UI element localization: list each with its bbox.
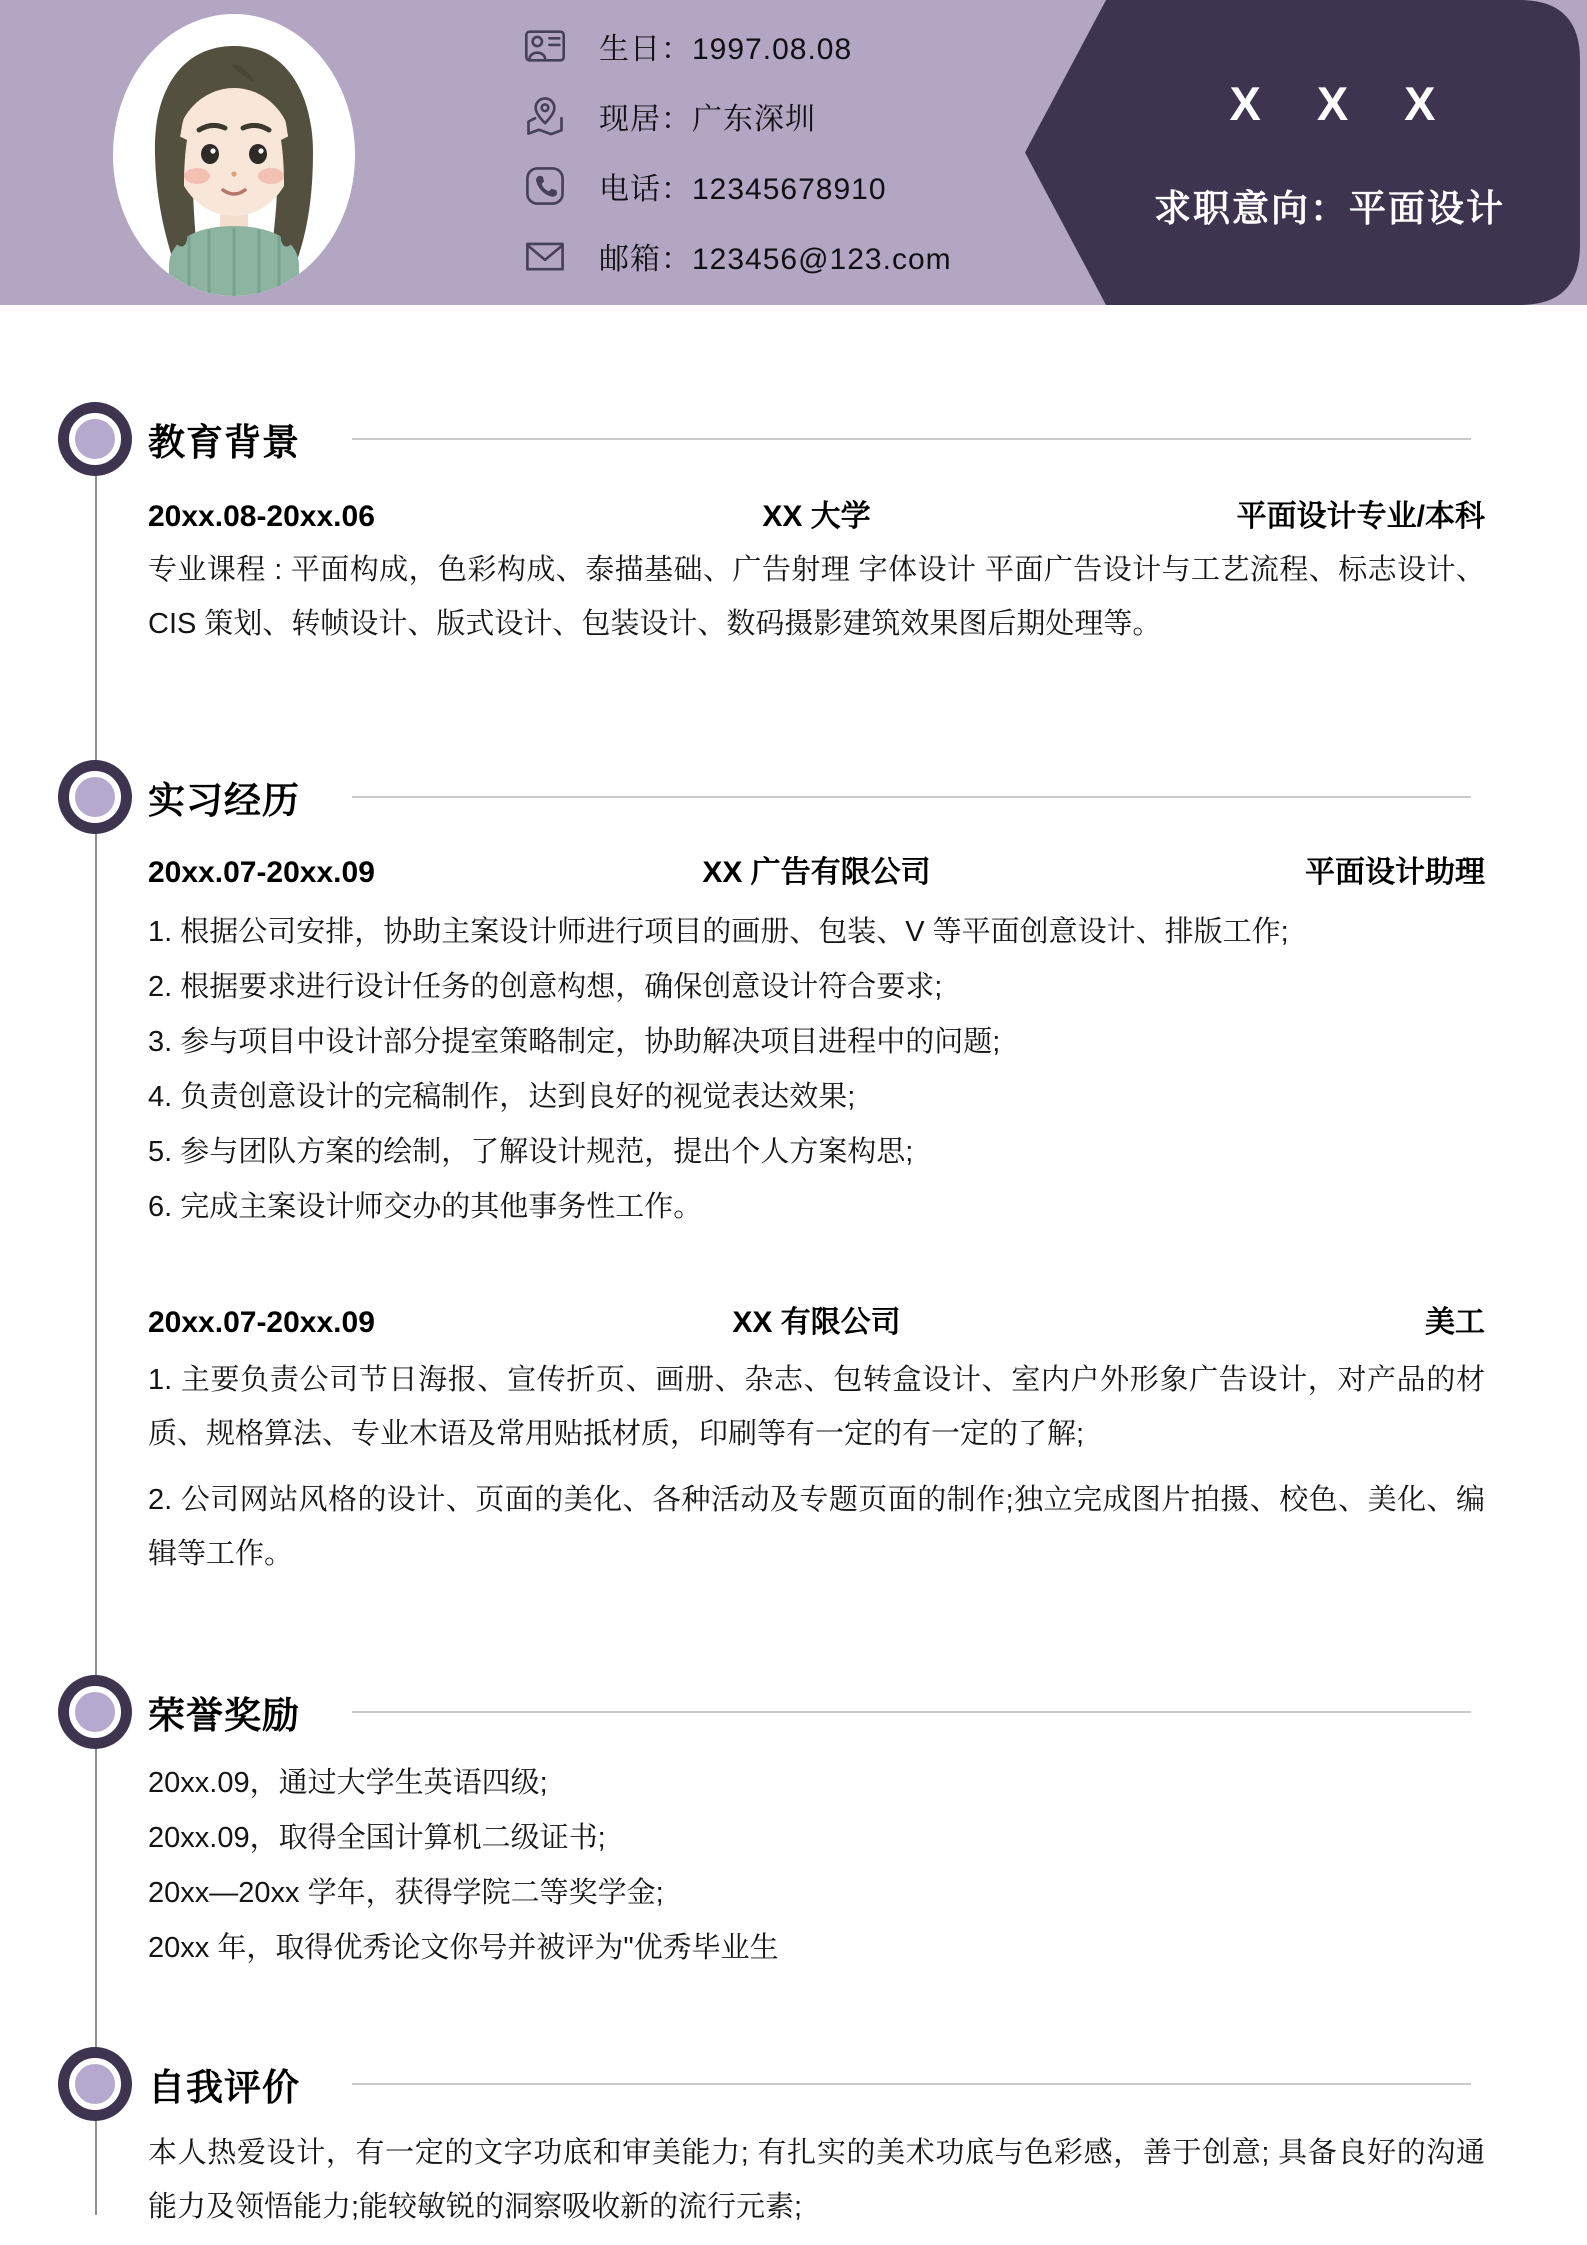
job1-company: XX 广告有限公司 (566, 847, 1067, 891)
name-letter: X (1317, 76, 1348, 131)
timeline-marker-dot (69, 1686, 121, 1738)
education-major: 平面设计专业/本科 (1067, 491, 1485, 535)
timeline-marker (58, 1675, 132, 1749)
id-card-icon (523, 24, 567, 68)
section-education: 教育背景 20xx.08-20xx.06 XX 大学 平面设计专业/本科 专业课… (148, 413, 1485, 651)
section-divider (352, 2083, 1471, 2085)
list-item: 20xx—20xx 学年，获得学院二等奖学金; (148, 1866, 1485, 1921)
job2-title: 美工 (1067, 1297, 1485, 1341)
list-item: 5. 参与团队方案的绘制，了解设计规范，提出个人方案构思; (148, 1125, 1485, 1180)
contact-value: 广东深圳 (692, 103, 816, 136)
job2-row: 20xx.07-20xx.09 XX 有限公司 美工 (148, 1297, 1485, 1341)
name-letter: X (1404, 76, 1435, 131)
job2-period: 20xx.07-20xx.09 (148, 1306, 566, 1340)
job2-duty-2: 2. 公司网站风格的设计、页面的美化、各种活动及专题页面的制作;独立完成图片拍摄… (148, 1473, 1485, 1581)
section-honors: 荣誉奖励 20xx.09，通过大学生英语四级; 20xx.09，取得全国计算机二… (148, 1686, 1485, 1976)
self-evaluation-text: 本人热爱设计，有一定的文字功底和审美能力; 有扎实的美术功底与色彩感，善于创意;… (148, 2126, 1485, 2234)
contact-text: 生日：1997.08.08 (599, 24, 852, 68)
candidate-name: X X X (1095, 76, 1570, 131)
list-item: 6. 完成主案设计师交办的其他事务性工作。 (148, 1180, 1485, 1235)
job-intention: 求职意向：平面设计 (1085, 178, 1574, 232)
contact-text: 邮箱：123456@123.com (599, 234, 952, 278)
section-internship: 实习经历 20xx.07-20xx.09 XX 广告有限公司 平面设计助理 1.… (148, 771, 1485, 1581)
location-icon (523, 94, 567, 138)
contact-row-email: 邮箱：123456@123.com (523, 236, 952, 276)
timeline-marker-dot (69, 2058, 121, 2110)
contact-list: 生日：1997.08.08 现居：广东深圳 电话： (523, 26, 952, 306)
timeline-marker (58, 760, 132, 834)
list-item: 1. 根据公司安排，协助主案设计师进行项目的画册、包装、V 等平面创意设计、排版… (148, 905, 1485, 960)
section-divider (352, 438, 1471, 440)
education-period: 20xx.08-20xx.06 (148, 500, 566, 534)
contact-row-location: 现居：广东深圳 (523, 96, 952, 136)
section-header: 教育背景 (148, 413, 1485, 465)
timeline-marker (58, 402, 132, 476)
timeline-marker-dot (69, 771, 121, 823)
list-item: 20xx.09，通过大学生英语四级; (148, 1756, 1485, 1811)
list-item: 2. 根据要求进行设计任务的创意构想，确保创意设计符合要求; (148, 960, 1485, 1015)
list-item: 20xx 年，取得优秀论文你号并被评为"优秀毕业生 (148, 1921, 1485, 1976)
contact-text: 电话：12345678910 (599, 164, 887, 208)
job1-period: 20xx.07-20xx.09 (148, 856, 566, 890)
timeline-marker (58, 2047, 132, 2121)
job2-duty-1: 1. 主要负责公司节日海报、宣传折页、画册、杂志、包转盒设计、室内户外形象广告设… (148, 1353, 1485, 1461)
avatar (113, 14, 356, 297)
section-title: 荣誉奖励 (148, 1685, 300, 1739)
section-title: 自我评价 (148, 2057, 300, 2111)
contact-value: 12345678910 (692, 173, 887, 206)
resume-body: 教育背景 20xx.08-20xx.06 XX 大学 平面设计专业/本科 专业课… (0, 305, 1587, 2234)
education-row: 20xx.08-20xx.06 XX 大学 平面设计专业/本科 (148, 491, 1485, 535)
contact-text: 现居：广东深圳 (599, 94, 816, 138)
education-courses: 专业课程 : 平面构成，色彩构成、泰描基础、广告射理 字体设计 平面广告设计与工… (148, 543, 1485, 651)
name-badge: X X X 求职意向：平面设计 (1025, 0, 1580, 305)
section-divider (352, 796, 1471, 798)
contact-value: 123456@123.com (692, 243, 952, 276)
phone-icon (523, 164, 567, 208)
section-self-evaluation: 自我评价 本人热爱设计，有一定的文字功底和审美能力; 有扎实的美术功底与色彩感，… (148, 2058, 1485, 2234)
list-item: 4. 负责创意设计的完稿制作，达到良好的视觉表达效果; (148, 1070, 1485, 1125)
badge-shape (1025, 0, 1580, 305)
section-header: 荣誉奖励 (148, 1686, 1485, 1738)
job1-row: 20xx.07-20xx.09 XX 广告有限公司 平面设计助理 (148, 847, 1485, 891)
honors-list: 20xx.09，通过大学生英语四级; 20xx.09，取得全国计算机二级证书; … (148, 1756, 1485, 1976)
name-letter: X (1229, 76, 1260, 131)
list-item: 3. 参与项目中设计部分提室策略制定，协助解决项目进程中的问题; (148, 1015, 1485, 1070)
contact-label: 邮箱： (599, 243, 692, 276)
contact-label: 电话： (599, 173, 692, 206)
section-header: 实习经历 (148, 771, 1485, 823)
mail-icon (523, 234, 567, 278)
contact-row-phone: 电话：12345678910 (523, 166, 952, 206)
job2-company: XX 有限公司 (566, 1297, 1067, 1341)
section-header: 自我评价 (148, 2058, 1485, 2110)
contact-label: 现居： (599, 103, 692, 136)
contact-value: 1997.08.08 (692, 33, 852, 66)
avatar-illustration (113, 14, 356, 297)
contact-row-birthday: 生日：1997.08.08 (523, 26, 952, 66)
timeline-marker-dot (69, 413, 121, 465)
job1-title: 平面设计助理 (1067, 847, 1485, 891)
resume-page: 生日：1997.08.08 现居：广东深圳 电话： (0, 0, 1587, 2245)
section-divider (352, 1711, 1471, 1713)
header-band: 生日：1997.08.08 现居：广东深圳 电话： (0, 0, 1587, 305)
job1-duties: 1. 根据公司安排，协助主案设计师进行项目的画册、包装、V 等平面创意设计、排版… (148, 905, 1485, 1235)
contact-label: 生日： (599, 33, 692, 66)
list-item: 20xx.09，取得全国计算机二级证书; (148, 1811, 1485, 1866)
education-school: XX 大学 (566, 491, 1067, 535)
section-title: 教育背景 (148, 412, 300, 466)
section-title: 实习经历 (148, 770, 300, 824)
